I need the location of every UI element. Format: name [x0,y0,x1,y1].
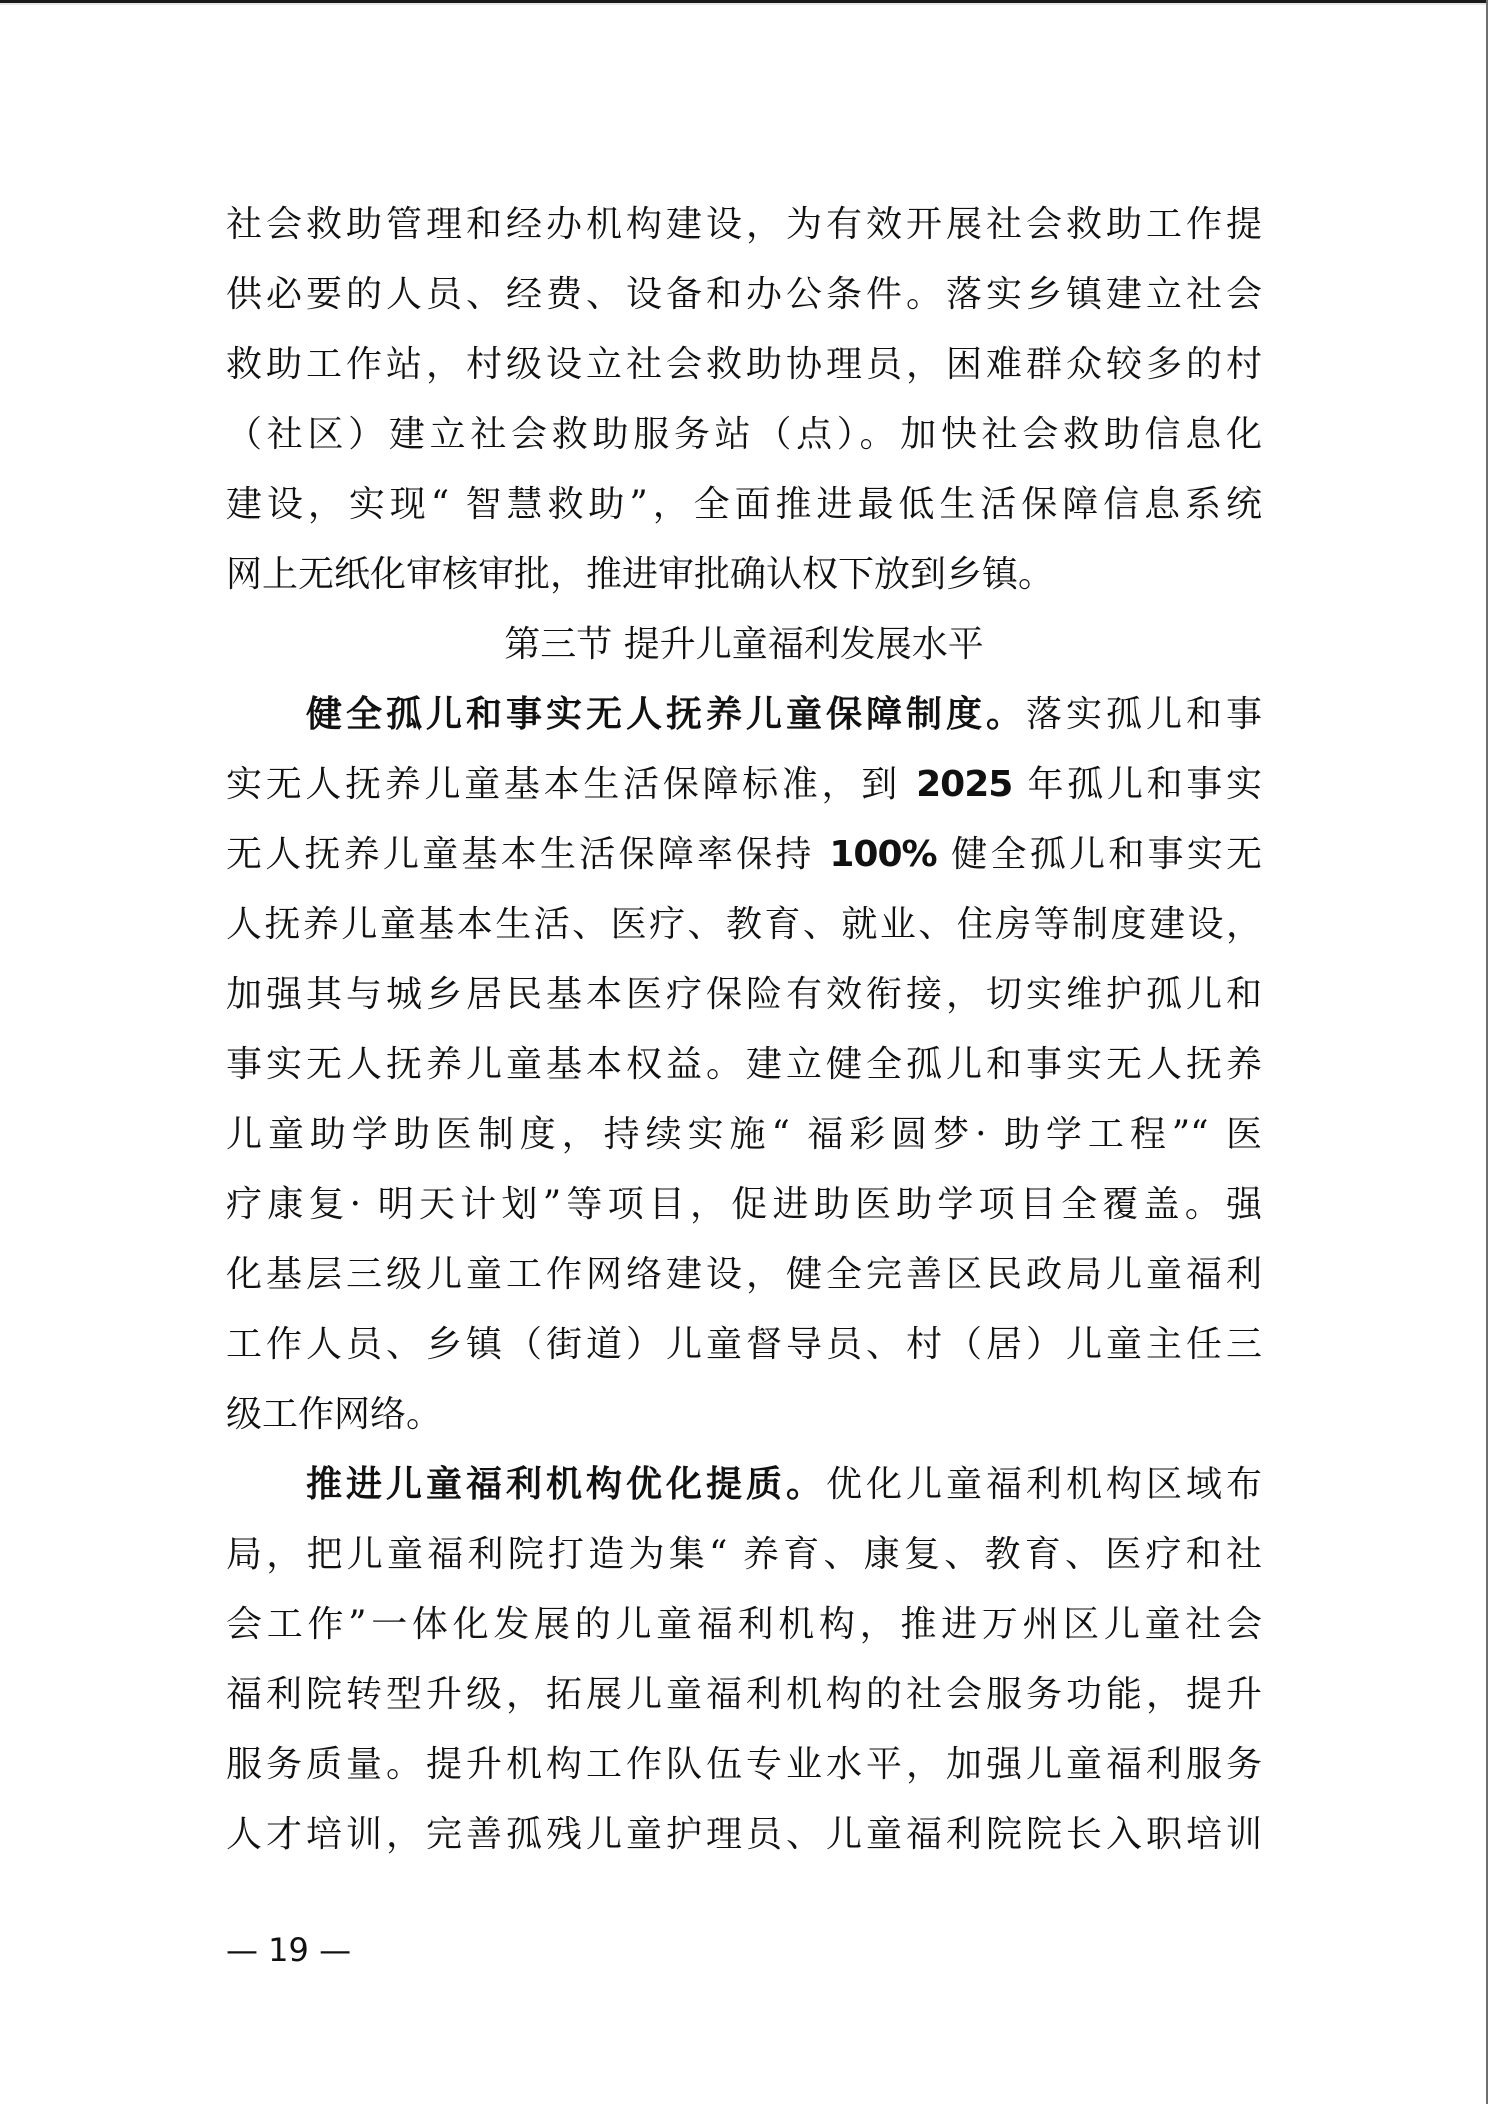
text-line: 疗康复· 明天计划”等项目，促进助医助学项目全覆盖。强 [226,1170,1262,1240]
text-line: 网上无纸化审核审批，推进审批确认权下放到乡镇。 [226,540,1262,610]
text-line: 建设，实现“ 智慧救助”，全面推进最低生活保障信息系统 [226,470,1262,540]
text-line: 救助工作站，村级设立社会救助协理员，困难群众较多的村 [226,330,1262,400]
text-line: 儿童助学助医制度，持续实施“ 福彩圆梦· 助学工程”“ 医 [226,1100,1262,1170]
paragraph-lead-bold: 健全孤儿和事实无人抚养儿童保障制度。 [306,694,1026,735]
paragraph-social-assistance: 社会救助管理和经办机构建设，为有效开展社会救助工作提 供必要的人员、经费、设备和… [226,190,1262,610]
text-line: 社会救助管理和经办机构建设，为有效开展社会救助工作提 [226,190,1262,260]
paragraph-lead-bold: 推进儿童福利机构优化提质。 [306,1464,826,1505]
text-line: （社区）建立社会救助服务站（点）。加快社会救助信息化 [226,400,1262,470]
text-line: 服务质量。提升机构工作队伍专业水平，加强儿童福利服务 [226,1730,1262,1800]
text-span: 落实孤儿和事 [1026,694,1262,735]
text-line: 推进儿童福利机构优化提质。优化儿童福利机构区域布 [226,1450,1262,1520]
text-line: 级工作网络。 [226,1380,1262,1450]
text-line: 事实无人抚养儿童基本权益。建立健全孤儿和事实无人抚养 [226,1030,1262,1100]
paragraph-orphan-protection: 健全孤儿和事实无人抚养儿童保障制度。落实孤儿和事 实无人抚养儿童基本生活保障标准… [226,680,1262,1450]
text-line: 福利院转型升级，拓展儿童福利机构的社会服务功能，提升 [226,1660,1262,1730]
text-span: 无人抚养儿童基本生活保障率保持 [226,834,829,875]
text-line: 人才培训，完善孤残儿童护理员、儿童福利院院长入职培训 [226,1800,1262,1870]
text-line: 会工作”一体化发展的儿童福利机构，推进万州区儿童社会 [226,1590,1262,1660]
text-line: 健全孤儿和事实无人抚养儿童保障制度。落实孤儿和事 [226,680,1262,750]
text-span: 年孤儿和事实 [1012,764,1262,805]
paragraph-welfare-institutions: 推进儿童福利机构优化提质。优化儿童福利机构区域布 局，把儿童福利院打造为集“ 养… [226,1450,1262,1870]
text-line: 实无人抚养儿童基本生活保障标准，到 2025 年孤儿和事实 [226,750,1262,820]
section-heading: 第三节 提升儿童福利发展水平 [226,610,1262,680]
text-line: 化基层三级儿童工作网络建设，健全完善区民政局儿童福利 [226,1240,1262,1310]
text-line: 加强其与城乡居民基本医疗保险有效衔接，切实维护孤儿和 [226,960,1262,1030]
text-line: 无人抚养儿童基本生活保障率保持 100% 健全孤儿和事实无 [226,820,1262,890]
text-line: 供必要的人员、经费、设备和办公条件。落实乡镇建立社会 [226,260,1262,330]
percentage-value: 100% [829,834,936,875]
page-number: — 19 — [226,1925,351,1975]
text-span: 优化儿童福利机构区域布 [826,1464,1262,1505]
text-line: 局，把儿童福利院打造为集“ 养育、康复、教育、医疗和社 [226,1520,1262,1590]
text-line: 人抚养儿童基本生活、医疗、教育、就业、住房等制度建设， [226,890,1262,960]
text-span: 实无人抚养儿童基本生活保障标准，到 [226,764,916,805]
page-top-border-shadow [0,3,1488,5]
text-span: 健全孤儿和事实无 [937,834,1262,875]
text-line: 工作人员、乡镇（街道）儿童督导员、村（居）儿童主任三 [226,1310,1262,1380]
year-value: 2025 [916,764,1012,805]
document-body: 社会救助管理和经办机构建设，为有效开展社会救助工作提 供必要的人员、经费、设备和… [226,190,1262,1870]
